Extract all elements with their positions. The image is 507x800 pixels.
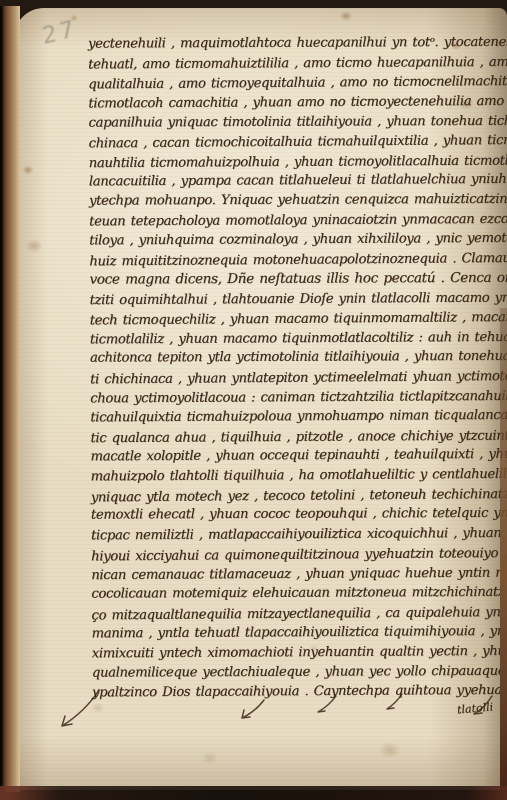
text-line: hiyoui xicciyahui ca quimonequiltitzinou… bbox=[91, 543, 507, 566]
text-line: ximixcuiti yntech ximomachioti inyehuant… bbox=[92, 641, 507, 664]
text-line: ti chichinaca , yhuan yntlatepiton yctim… bbox=[90, 366, 507, 389]
manuscript-photo: 27 yectenehuili , maquimotlahtoca huecap… bbox=[0, 0, 507, 800]
text-line: achitonca tepiton ytla yctimotolinia tit… bbox=[90, 347, 507, 369]
text-line: ytechpa mohuanpo. Yniquac yehuatzin cenq… bbox=[89, 190, 507, 212]
catchword: tlatolli bbox=[456, 700, 493, 716]
text-line: chinaca , cacan ticmochicoitalhuia ticma… bbox=[89, 131, 507, 154]
text-line: tehuatl, amo ticmomahuiztililia , amo ti… bbox=[88, 52, 507, 75]
text-line: qualnemiliceque yectlachiualeque , yhuan… bbox=[92, 661, 507, 683]
text-line: ticmotlacoh camachitia , yhuan amo no ti… bbox=[88, 91, 507, 114]
text-line: capanilhuia yniquac timotolinia titlaihi… bbox=[88, 111, 507, 133]
pencil-folio-number: 27 bbox=[41, 16, 79, 50]
text-line: teuan tetepacholoya momotlaloya yninacai… bbox=[89, 209, 507, 232]
text-line: ço mitzaqualtlanequilia mitzayectlanequi… bbox=[91, 602, 507, 625]
text-line: qualitalhuia , amo ticmoyequitalhuia , a… bbox=[88, 72, 507, 95]
text-line: tiloya , yniuhquima cozminaloya , yhuan … bbox=[89, 229, 507, 252]
text-line: ypaltzinco Dios tlapaccaihiyouia . Caynt… bbox=[92, 681, 507, 704]
text-line: temoxtli ehecatl , yhuan cococ teopouhqu… bbox=[91, 504, 507, 526]
text-line: voce magna dicens, Dñe neſtatuas illis h… bbox=[89, 268, 507, 290]
text-line: macatle xolopitle , yhuan occequi tepina… bbox=[90, 445, 507, 468]
text-line: cocolicauan motemiquiz elehuicauan mitzt… bbox=[91, 583, 507, 605]
text-line: nauhtilia ticmomahuizpolhuia , yhuan tic… bbox=[89, 151, 507, 174]
text-line: tic qualanca ahua , tiquilhuia , pitzotl… bbox=[90, 426, 507, 449]
manuscript-page: 27 yectenehuili , maquimotlahtoca huecap… bbox=[14, 8, 507, 790]
text-line: ticpac nemiliztli , matlapaccaihiyouiliz… bbox=[91, 524, 507, 547]
fore-edge-pages bbox=[500, 308, 507, 790]
text-line: yectenehuili , maquimotlahtoca huecapani… bbox=[88, 33, 507, 55]
text-line: ticahuilquixtia ticmahuizpoloua ynmohuam… bbox=[90, 406, 507, 429]
book-binding-edge bbox=[0, 6, 20, 792]
manuscript-text: yectenehuili , maquimotlahtoca huecapani… bbox=[88, 33, 507, 704]
text-line: mahuizpolo tlahtolli tiquilhuia , ha omo… bbox=[91, 465, 507, 488]
text-line: tech ticmoquechiliz , yhuan macamo tiqui… bbox=[90, 308, 507, 331]
